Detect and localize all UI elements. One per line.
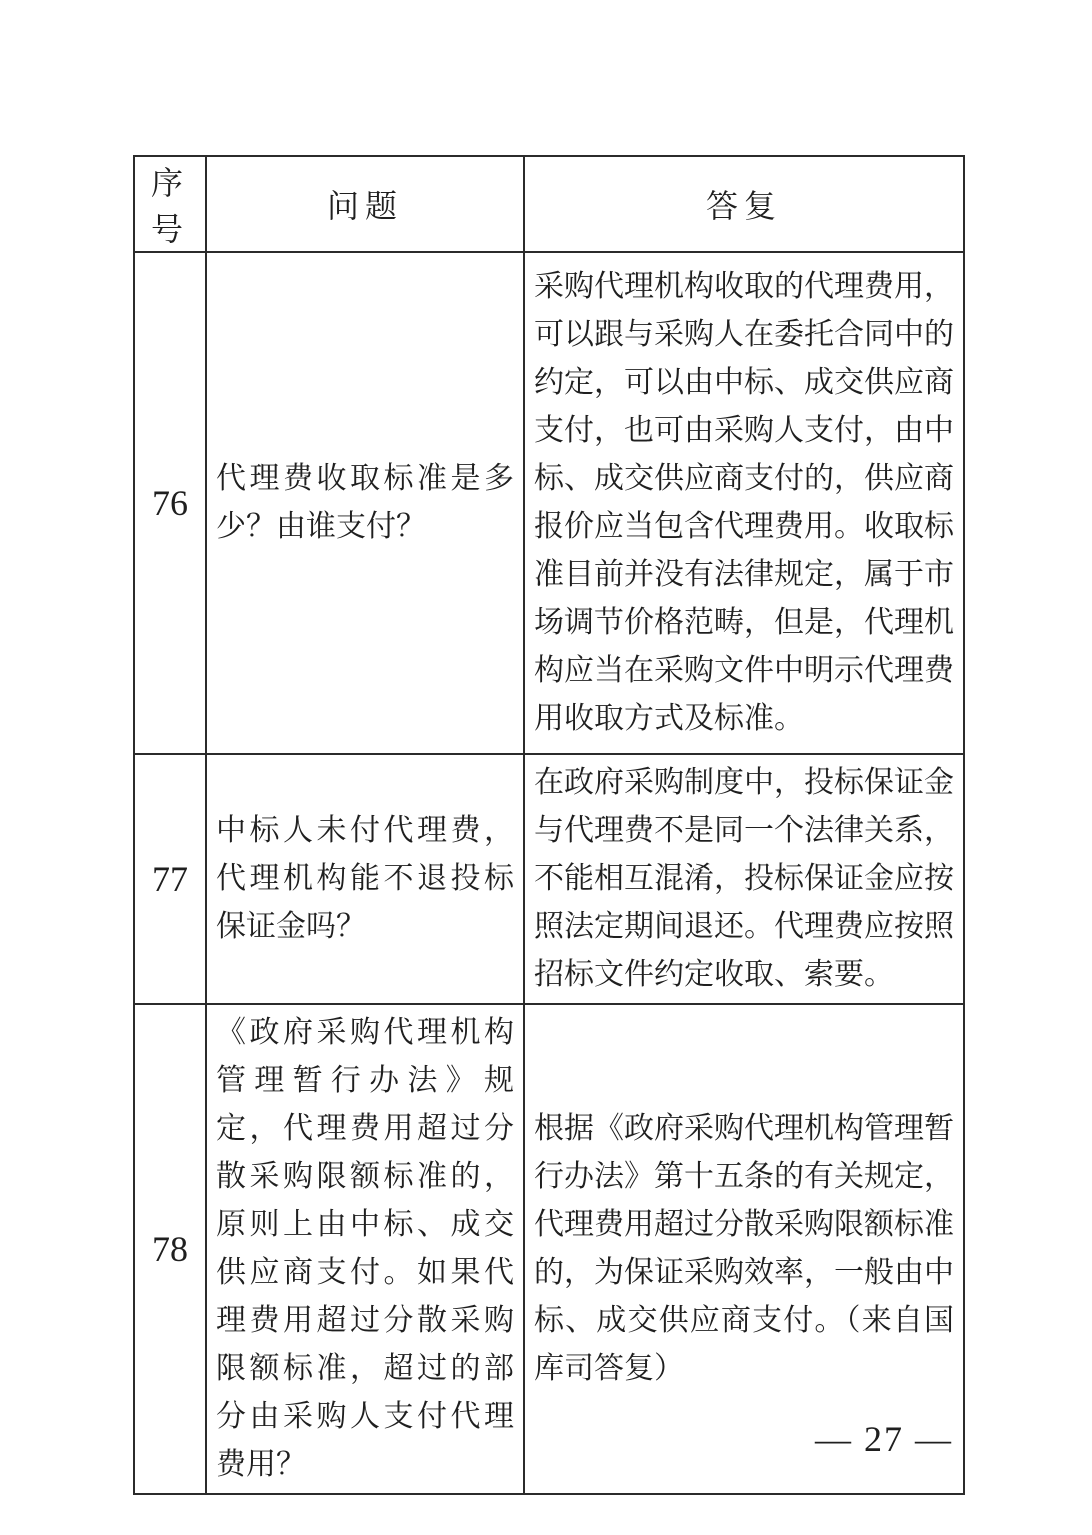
question-text-76: 代理费收取标准是多少？由谁支付？ [206, 252, 524, 754]
header-answer: 答复 [524, 156, 964, 252]
page-number: — 27 — [0, 1418, 953, 1460]
question-text-77: 中标人未付代理费，代理机构能不退投标保证金吗？ [206, 754, 524, 1004]
document-page: 序号 问题 答复 76 代理费收取标准是多少？由谁支付？ 采购代理机构收取的代理… [0, 0, 1092, 1535]
answer-text-77: 在政府采购制度中，投标保证金与代理费不是同一个法律关系，不能相互混淆，投标保证金… [524, 754, 964, 1004]
table-row-77: 77 中标人未付代理费，代理机构能不退投标保证金吗？ 在政府采购制度中，投标保证… [134, 754, 964, 1004]
qa-table: 序号 问题 答复 76 代理费收取标准是多少？由谁支付？ 采购代理机构收取的代理… [133, 155, 965, 1495]
header-question: 问题 [206, 156, 524, 252]
answer-text-76: 采购代理机构收取的代理费用，可以跟与采购人在委托合同中的约定，可以由中标、成交供… [524, 252, 964, 754]
serial-number-76: 76 [134, 252, 206, 754]
table-header-row: 序号 问题 答复 [134, 156, 964, 252]
table-row-76: 76 代理费收取标准是多少？由谁支付？ 采购代理机构收取的代理费用，可以跟与采购… [134, 252, 964, 754]
header-serial-number: 序号 [134, 156, 206, 252]
serial-number-77: 77 [134, 754, 206, 1004]
